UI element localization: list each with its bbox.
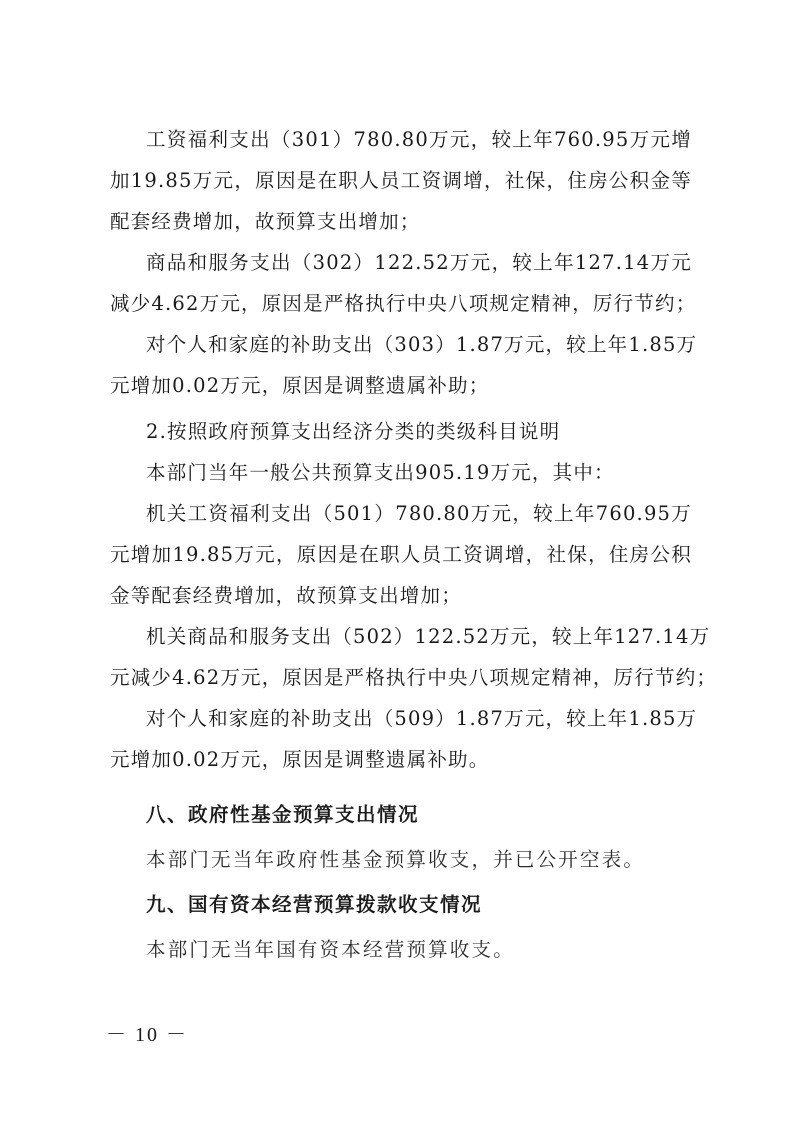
- section-body: 本部门无当年国有资本经营预算收支。: [146, 938, 515, 962]
- paragraph-line: 工资福利支出（301）780.80万元，较上年760.95万元增: [146, 128, 692, 152]
- paragraph-line: 金等配套经费增加，故预算支出增加；: [110, 584, 692, 608]
- paragraph-line: 配套经费增加，故预算支出增加；: [110, 210, 692, 234]
- paragraph-line: 对个人和家庭的补助支出（303）1.87万元，较上年1.85万: [146, 333, 692, 357]
- paragraph-line: 商品和服务支出（302）122.52万元，较上年127.14万元: [146, 251, 692, 275]
- paragraph-line: 机关工资福利支出（501）780.80万元，较上年760.95万: [146, 502, 692, 526]
- section-body: 本部门无当年政府性基金预算收支，并已公开空表。: [146, 848, 645, 872]
- paragraph-line: 元减少4.62万元，原因是严格执行中央八项规定精神，厉行节约；: [110, 666, 692, 690]
- paragraph-line: 元增加0.02万元，原因是调整遗属补助。: [110, 748, 692, 772]
- paragraph-line: 元增加19.85万元，原因是在职人员工资调增，社保，住房公积: [110, 543, 692, 567]
- section-heading: 八、政府性基金预算支出情况: [146, 803, 419, 827]
- paragraph-line: 机关商品和服务支出（502）122.52万元，较上年127.14万: [146, 625, 692, 649]
- section-heading: 九、国有资本经营预算拨款收支情况: [146, 893, 482, 917]
- paragraph-line: 元增加0.02万元，原因是调整遗属补助；: [110, 374, 692, 398]
- paragraph-line: 本部门当年一般公共预算支出905.19万元，其中：: [146, 461, 692, 485]
- paragraph-line: 加19.85万元，原因是在职人员工资调增，社保，住房公积金等: [110, 169, 692, 193]
- paragraph-line: 对个人和家庭的补助支出（509）1.87万元，较上年1.85万: [146, 707, 692, 731]
- document-page: 工资福利支出（301）780.80万元，较上年760.95万元增 加19.85万…: [0, 0, 793, 1122]
- paragraph-line: 减少4.62万元，原因是严格执行中央八项规定精神，厉行节约；: [110, 292, 692, 316]
- page-number: － 10 －: [106, 1018, 188, 1047]
- subsection-title: 2.按照政府预算支出经济分类的类级科目说明: [146, 420, 692, 444]
